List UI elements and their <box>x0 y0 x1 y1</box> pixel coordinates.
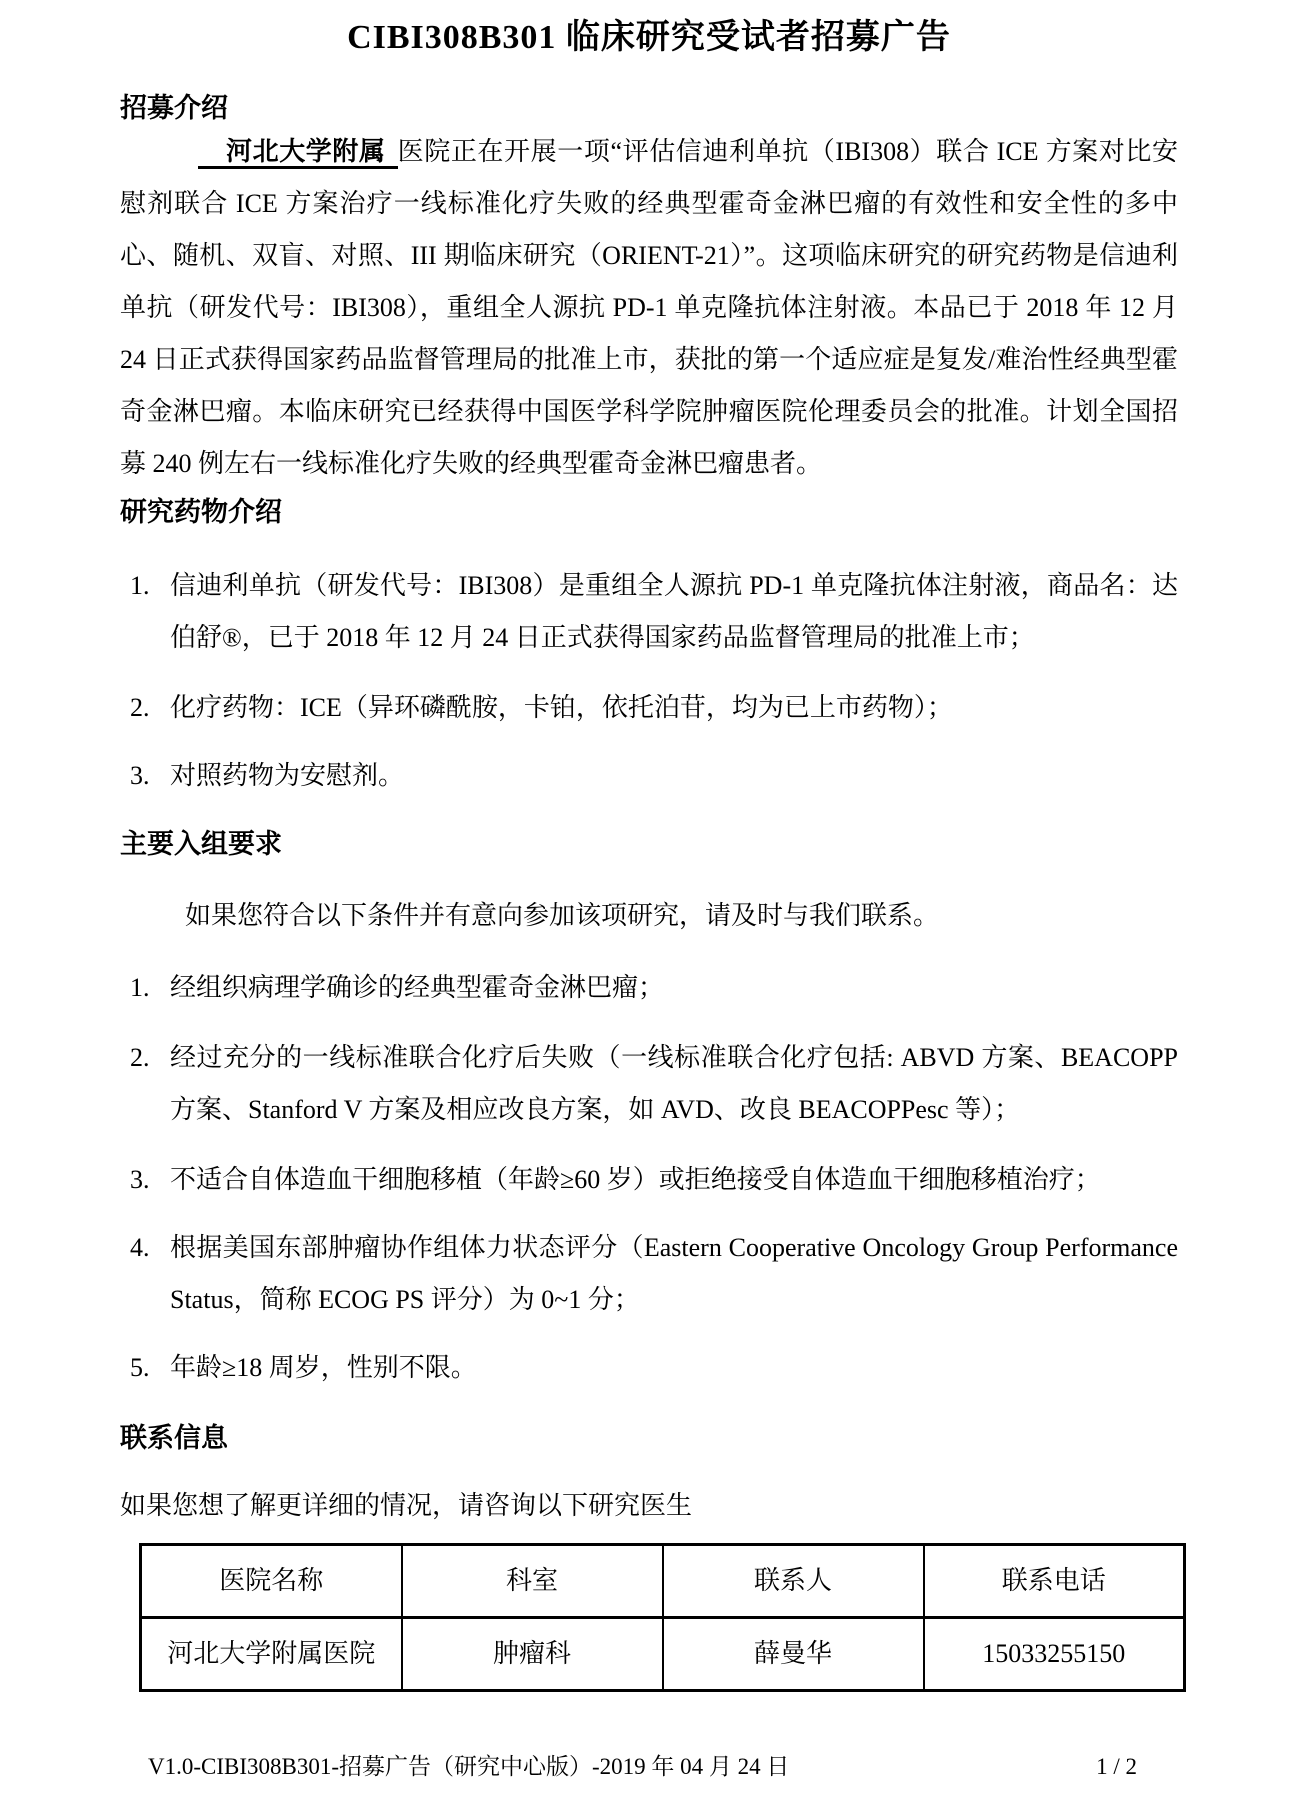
document-page: CIBI308B301 临床研究受试者招募广告 招募介绍 河北大学附属医院正在开… <box>0 0 1298 1800</box>
recruitment-intro-text: 医院正在开展一项“评估信迪利单抗（IBI308）联合 ICE 方案对比安慰剂联合… <box>120 137 1178 478</box>
enrollment-item-5: 5. 年龄≥18 周岁，性别不限。 <box>120 1342 1178 1394</box>
contact-table-row: 河北大学附属医院 肿瘤科 薛曼华 15033255150 <box>141 1618 1185 1691</box>
section-heading-contact: 联系信息 <box>120 1420 1178 1456</box>
contact-table-header-row: 医院名称 科室 联系人 联系电话 <box>141 1545 1185 1618</box>
list-text: 信迪利单抗（研发代号：IBI308）是重组全人源抗 PD-1 单克隆抗体注射液，… <box>170 560 1178 664</box>
cell-contact-phone: 15033255150 <box>924 1618 1185 1691</box>
footer-page-number: 1 / 2 <box>1096 1752 1137 1782</box>
enrollment-item-1: 1. 经组织病理学确诊的经典型霍奇金淋巴瘤； <box>120 962 1178 1014</box>
enrollment-intro-text: 如果您符合以下条件并有意向参加该项研究，请及时与我们联系。 <box>120 890 1178 942</box>
cell-hospital-name: 河北大学附属医院 <box>141 1618 402 1691</box>
enrollment-item-4: 4. 根据美国东部肿瘤协作组体力状态评分（Eastern Cooperative… <box>120 1222 1178 1326</box>
hospital-name-text: 河北大学附属 <box>226 137 386 166</box>
list-text: 经过充分的一线标准联合化疗后失败（一线标准联合化疗包括: ABVD 方案、BEA… <box>170 1032 1178 1136</box>
list-number: 2. <box>120 682 170 734</box>
footer-version-text: V1.0-CIBI308B301-招募广告（研究中心版）-2019 年 04 月… <box>148 1752 789 1782</box>
enrollment-item-2: 2. 经过充分的一线标准联合化疗后失败（一线标准联合化疗包括: ABVD 方案、… <box>120 1032 1178 1136</box>
cell-department: 肿瘤科 <box>402 1618 663 1691</box>
list-text: 化疗药物：ICE（异环磷酰胺，卡铂，依托泊苷，均为已上市药物）； <box>170 682 1178 734</box>
document-title: CIBI308B301 临床研究受试者招募广告 <box>120 16 1178 60</box>
enrollment-item-3: 3. 不适合自体造血干细胞移植（年龄≥60 岁）或拒绝接受自体造血干细胞移植治疗… <box>120 1154 1178 1206</box>
section-heading-study-drug: 研究药物介绍 <box>120 494 1178 530</box>
study-drug-item-1: 1. 信迪利单抗（研发代号：IBI308）是重组全人源抗 PD-1 单克隆抗体注… <box>120 560 1178 664</box>
list-number: 1. <box>120 560 170 664</box>
list-number: 1. <box>120 962 170 1014</box>
list-number: 2. <box>120 1032 170 1136</box>
header-contact-phone: 联系电话 <box>924 1545 1185 1618</box>
study-drug-item-3: 3. 对照药物为安慰剂。 <box>120 750 1178 802</box>
list-text: 经组织病理学确诊的经典型霍奇金淋巴瘤； <box>170 962 1178 1014</box>
underline-blank-trail <box>386 137 398 166</box>
page-footer: V1.0-CIBI308B301-招募广告（研究中心版）-2019 年 04 月… <box>148 1752 1137 1782</box>
recruitment-intro-paragraph: 河北大学附属医院正在开展一项“评估信迪利单抗（IBI308）联合 ICE 方案对… <box>120 126 1178 490</box>
list-number: 3. <box>120 750 170 802</box>
underline-blank-lead <box>198 137 226 166</box>
list-text: 根据美国东部肿瘤协作组体力状态评分（Eastern Cooperative On… <box>170 1222 1178 1326</box>
underlined-hospital-name: 河北大学附属 <box>198 137 398 169</box>
cell-contact-person: 薛曼华 <box>663 1618 924 1691</box>
list-text: 年龄≥18 周岁，性别不限。 <box>170 1342 1178 1394</box>
list-number: 5. <box>120 1342 170 1394</box>
study-drug-item-2: 2. 化疗药物：ICE（异环磷酰胺，卡铂，依托泊苷，均为已上市药物）； <box>120 682 1178 734</box>
list-number: 4. <box>120 1222 170 1326</box>
header-department: 科室 <box>402 1545 663 1618</box>
contact-table: 医院名称 科室 联系人 联系电话 河北大学附属医院 肿瘤科 薛曼华 150332… <box>139 1543 1186 1692</box>
list-text: 不适合自体造血干细胞移植（年龄≥60 岁）或拒绝接受自体造血干细胞移植治疗； <box>170 1154 1178 1206</box>
section-heading-enrollment: 主要入组要求 <box>120 826 1178 862</box>
list-number: 3. <box>120 1154 170 1206</box>
header-contact-person: 联系人 <box>663 1545 924 1618</box>
contact-note-text: 如果您想了解更详细的情况，请咨询以下研究医生 <box>120 1480 1178 1532</box>
header-hospital-name: 医院名称 <box>141 1545 402 1618</box>
section-heading-recruitment-intro: 招募介绍 <box>120 90 1178 126</box>
list-text: 对照药物为安慰剂。 <box>170 750 1178 802</box>
